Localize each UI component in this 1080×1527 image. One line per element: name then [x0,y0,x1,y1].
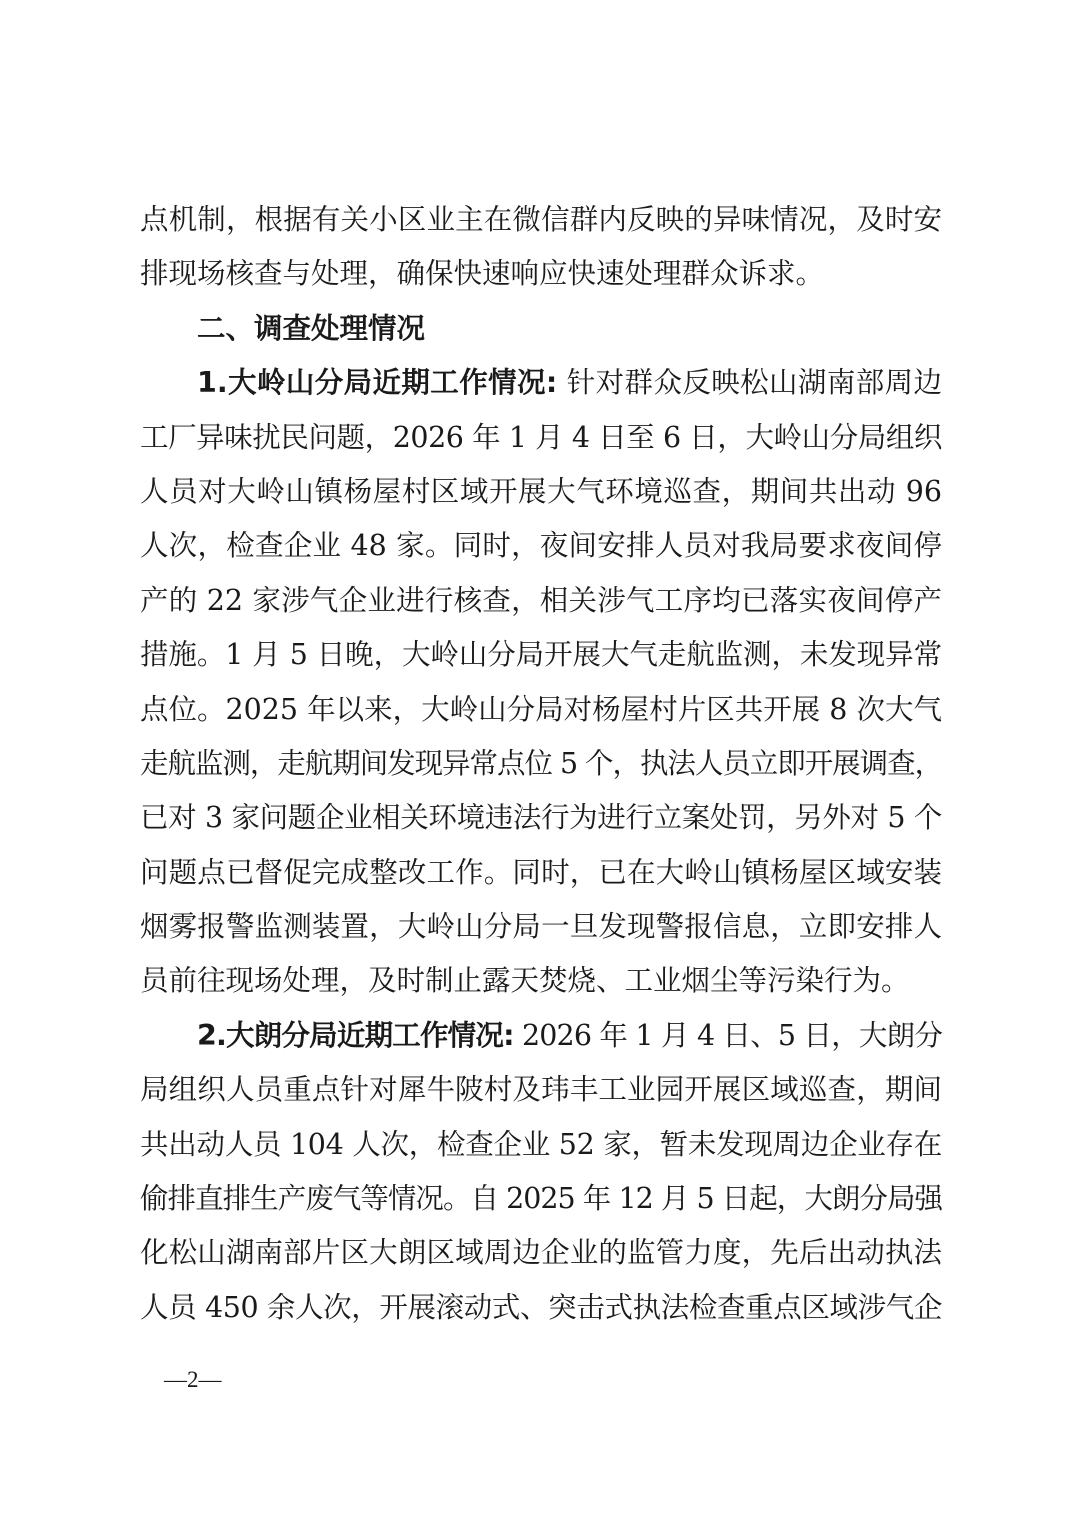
paragraph-line: 点机制，根据有关小区业主在微信群内反映的异味情况，及时安 [140,193,942,247]
paragraph-line: 局组织人员重点针对犀牛陂村及玮丰工业园开展区域巡查，期间 [140,1063,942,1117]
paragraph-line: 偷排直排生产废气等情况。自 2025 年 12 月 5 日起，大朗分局强 [140,1172,942,1226]
paragraph-line: 员前往现场处理，及时制止露天焚烧、工业烟尘等污染行为。 [140,954,942,1008]
paragraph-line: 产的 22 家涉气企业进行核查，相关涉气工序均已落实夜间停产 [140,574,942,628]
paragraph-line: 人次，检查企业 48 家。同时，夜间安排人员对我局要求夜间停 [140,519,942,573]
paragraph-line: 走航监测，走航期间发现异常点位 5 个，执法人员立即开展调查， [140,737,942,791]
paragraph-line: 人员对大岭山镇杨屋村区域开展大气环境巡查，期间共出动 96 [140,465,942,519]
item2-first-line: 2.大朗分局近期工作情况: 2026 年 1 月 4 日、5 日，大朗分 [140,1009,942,1063]
item2-first-line-text: 2026 年 1 月 4 日、5 日，大朗分 [522,1019,942,1052]
item1-first-line: 1.大岭山分局近期工作情况: 针对群众反映松山湖南部周边 [140,356,942,410]
document-body: 点机制，根据有关小区业主在微信群内反映的异味情况，及时安 排现场核查与处理，确保… [140,193,942,1335]
paragraph-line: 共出动人员 104 人次，检查企业 52 家，暂未发现周边企业存在 [140,1118,942,1172]
document-page: 点机制，根据有关小区业主在微信群内反映的异味情况，及时安 排现场核查与处理，确保… [0,0,1080,1527]
paragraph-line: 烟雾报警监测装置，大岭山分局一旦发现警报信息，立即安排人 [140,900,942,954]
item2-title: 2.大朗分局近期工作情况: [197,1019,514,1052]
paragraph-line: 问题点已督促完成整改工作。同时，已在大岭山镇杨屋区域安装 [140,846,942,900]
paragraph-line: 已对 3 家问题企业相关环境违法行为进行立案处罚，另外对 5 个 [140,791,942,845]
section-heading: 二、调查处理情况 [140,302,942,356]
item1-title: 1.大岭山分局近期工作情况: [197,366,557,399]
paragraph-line: 人员 450 余人次，开展滚动式、突击式执法检查重点区域涉气企 [140,1281,942,1335]
paragraph-line: 点位。2025 年以来，大岭山分局对杨屋村片区共开展 8 次大气 [140,683,942,737]
paragraph-line: 排现场核查与处理，确保快速响应快速处理群众诉求。 [140,247,942,301]
paragraph-line: 化松山湖南部片区大朗区域周边企业的监管力度，先后出动执法 [140,1226,942,1280]
page-number: —2— [164,1364,222,1396]
paragraph-line: 工厂异味扰民问题，2026 年 1 月 4 日至 6 日，大岭山分局组织 [140,411,942,465]
paragraph-line: 措施。1 月 5 日晚，大岭山分局开展大气走航监测，未发现异常 [140,628,942,682]
item1-first-line-text: 针对群众反映松山湖南部周边 [567,366,942,399]
